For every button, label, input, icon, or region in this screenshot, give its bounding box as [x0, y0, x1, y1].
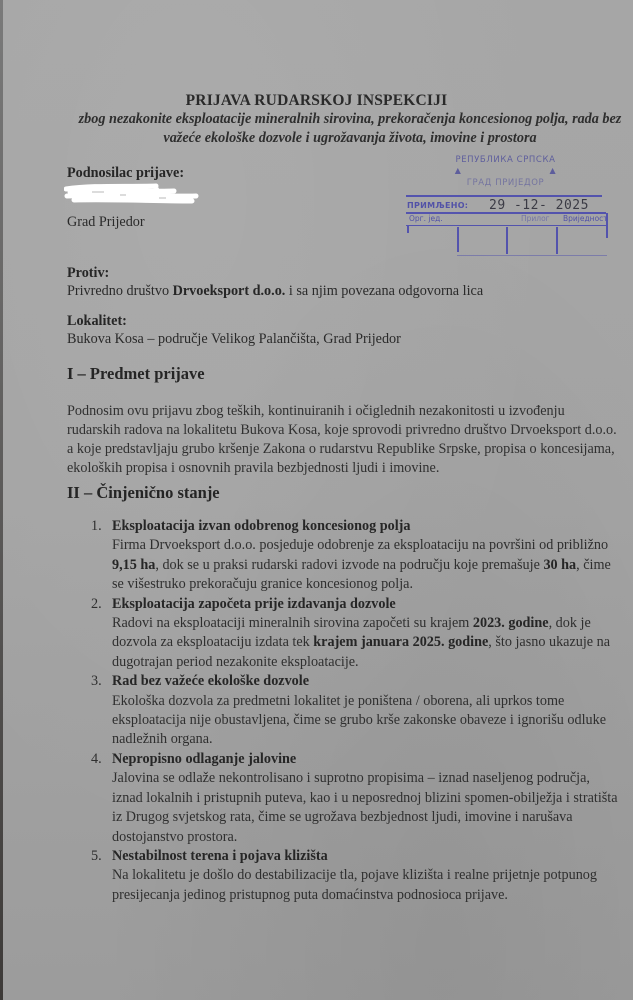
location-value: Bukova Kosa – područje Velikog Palančišt…: [67, 330, 401, 348]
fact-heading: Nepropisno odlaganje jalovine: [112, 750, 633, 769]
facts-list: 1. Eksploatacija izvan odobrenog koncesi…: [88, 517, 633, 905]
location-block: Lokalitet: Bukova Kosa – područje Veliko…: [67, 312, 401, 348]
location-label: Lokalitet:: [67, 312, 401, 330]
stamp-cell-org: Орг. јед.: [409, 214, 443, 223]
stamp-received-date: 29 -12- 2025: [489, 198, 589, 213]
against-label: Protiv:: [67, 264, 483, 282]
respondent-company: Drvoeksport d.o.o.: [173, 283, 286, 299]
registry-stamp: РЕПУБЛИКА СРПСКА ▲ ▲ ГРАД ПРИЈЕДОР ПРИМЉ…: [403, 155, 608, 258]
subtitle-line-1: zbog nezakonite eksploatacije mineralnih…: [70, 110, 630, 129]
applicant-city: Grad Prijedor: [67, 213, 145, 231]
against-block: Protiv: Privredno društvo Drvoeksport d.…: [67, 264, 483, 300]
fact-heading: Eksploatacija započeta prije izdavanja d…: [112, 595, 633, 614]
stamp-header-2: ▲ ▲: [403, 166, 608, 175]
fact-heading: Nestabilnost terena i pojava klizišta: [112, 847, 633, 866]
section-2-heading: II – Činjenično stanje: [67, 483, 220, 503]
stamp-header-1: РЕПУБЛИКА СРПСКА: [403, 155, 608, 165]
redaction-scribble-icon: [64, 183, 199, 205]
stamp-cell-attachment: Прилог: [521, 214, 550, 223]
document-title: PRIJAVA RUDARSKOJ INSPEKCIJI: [0, 92, 633, 110]
fact-item-4: 4. Nepropisno odlaganje jalovine Jalovin…: [88, 750, 633, 847]
fact-item-1: 1. Eksploatacija izvan odobrenog koncesi…: [88, 517, 633, 595]
fact-item-5: 5. Nestabilnost terena i pojava klizišta…: [88, 847, 633, 905]
stamp-header-3: ГРАД ПРИЈЕДОР: [403, 178, 608, 188]
applicant-block: Podnosilac prijave:: [67, 164, 184, 182]
scanned-document-page: PRIJAVA RUDARSKOJ INSPEKCIJI zbog nezako…: [0, 0, 633, 1000]
fact-item-2: 2. Eksploatacija započeta prije izdavanj…: [88, 595, 633, 673]
subtitle-line-2: važeće ekološke dozvole i ugrožavanja ži…: [70, 129, 630, 148]
section-1-heading: I – Predmet prijave: [67, 364, 205, 384]
document-subtitle: zbog nezakonite eksploatacije mineralnih…: [70, 110, 630, 147]
fact-item-3: 3. Rad bez važeće ekološke dozvole Ekolo…: [88, 672, 633, 750]
stamp-cell-value: Вриједност: [563, 214, 608, 223]
section-1-paragraph: Podnosim ovu prijavu zbog teških, kontin…: [67, 402, 632, 478]
page-edge-shadow: [0, 0, 3, 1000]
stamp-received-label: ПРИМЉЕНО:: [407, 201, 468, 210]
fact-heading: Eksploatacija izvan odobrenog koncesiono…: [112, 517, 633, 536]
fact-heading: Rad bez važeće ekološke dozvole: [112, 672, 633, 691]
applicant-label: Podnosilac prijave:: [67, 164, 184, 182]
against-value: Privredno društvo Drvoeksport d.o.o. i s…: [67, 282, 483, 300]
